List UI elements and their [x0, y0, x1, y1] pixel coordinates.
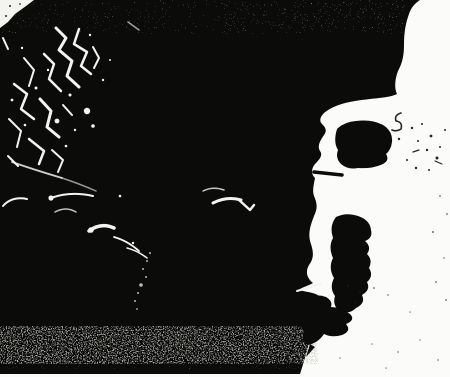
trail-dot: [142, 268, 144, 270]
speck-dot: [426, 149, 428, 151]
speck-dot: [371, 343, 373, 345]
wave-dot: [132, 242, 134, 244]
terrain-blob: [89, 34, 91, 36]
speck-dot: [397, 351, 399, 353]
speck-dot: [9, 5, 11, 7]
terrain-blob: [84, 108, 90, 114]
terrain-blob: [35, 87, 38, 90]
speck-dot: [419, 339, 421, 341]
speck-dot: [430, 135, 433, 138]
island-upper: [335, 121, 392, 169]
bright-comet-head: [88, 227, 94, 233]
speck-dot: [387, 294, 389, 296]
trail-dot: [149, 252, 151, 254]
trail-dot: [145, 276, 147, 278]
terrain-blob: [91, 124, 95, 128]
terrain-blob: [109, 59, 111, 61]
speck-dot: [444, 129, 446, 131]
speck-dot: [446, 213, 448, 215]
speck-dot: [385, 367, 387, 369]
speckle-band-top-right: [230, 0, 420, 28]
speck-dot: [398, 138, 400, 140]
terrain-blob: [21, 47, 23, 49]
speckle-band-bottom-lower: [0, 352, 298, 368]
trail-dot: [137, 292, 139, 294]
speck-dot: [439, 146, 441, 148]
speck-dot: [409, 311, 411, 313]
speck-dot: [354, 302, 356, 304]
terrain-blob: [11, 99, 14, 102]
wave-dot: [119, 195, 122, 198]
trail-dot-bright: [139, 283, 143, 287]
speck-dot: [347, 285, 349, 287]
speck-dot: [428, 169, 430, 171]
speck-dot: [439, 195, 441, 197]
speck-dot: [411, 127, 413, 129]
trail-dot: [134, 300, 136, 302]
speck-dot: [406, 159, 408, 161]
speck-dot: [359, 291, 361, 293]
terrain-blob: [47, 69, 49, 71]
terrain-blob: [55, 119, 60, 124]
terrain-blob: [102, 79, 104, 81]
speck-dot: [435, 281, 437, 283]
speck-dot: [437, 359, 439, 361]
speck-dot: [445, 299, 447, 301]
sar-photo-figure: [0, 0, 450, 377]
terrain-blob: [65, 145, 68, 148]
speck-dot: [339, 357, 341, 359]
speck-dot: [436, 157, 439, 160]
trail-dot: [146, 260, 148, 262]
speck-dot: [373, 287, 375, 289]
speck-dot: [19, 3, 21, 5]
speck-dot: [5, 15, 7, 17]
wave-blob: [48, 195, 53, 200]
speck-dot: [417, 140, 419, 142]
terrain-blob: [74, 129, 76, 131]
speck-dot: [432, 231, 434, 233]
terrain-blob: [24, 124, 27, 127]
sar-photo: [0, 0, 450, 377]
terrain-blob: [69, 94, 72, 97]
speck-dot: [443, 257, 445, 259]
speck-dot: [415, 167, 417, 169]
trail-dot: [136, 308, 138, 310]
speck-dot: [421, 123, 423, 125]
